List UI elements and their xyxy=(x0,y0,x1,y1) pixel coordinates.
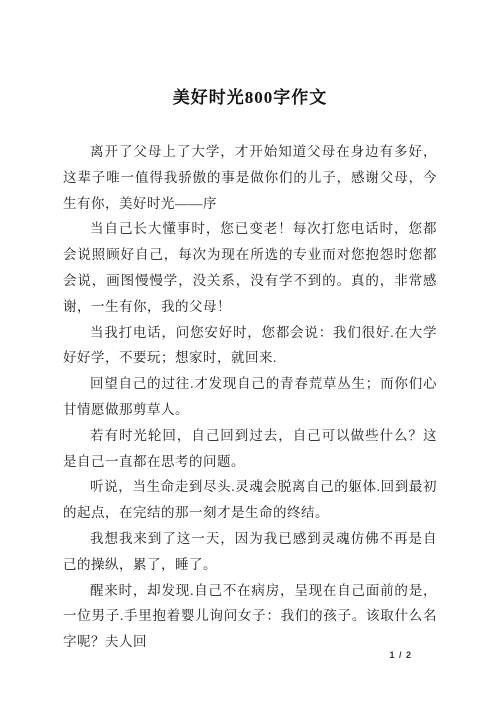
essay-title: 美好时光800字作文 xyxy=(0,83,500,108)
essay-paragraph: 听说，当生命走到尽头.灵魂会脱离自己的躯体.回到最初的起点，在完结的那一刻才是生… xyxy=(63,474,437,526)
essay-paragraph: 当我打电话，问您安好时，您都会说：我们很好.在大学好好学，不要玩；想家时，就回来… xyxy=(63,320,437,372)
page-number: 1 / 2 xyxy=(389,650,412,660)
essay-body: 离开了父母上了大学，才开始知道父母在身边有多好，这辈子唯一值得我骄傲的事是做你们… xyxy=(63,139,437,655)
essay-paragraph: 离开了父母上了大学，才开始知道父母在身边有多好，这辈子唯一值得我骄傲的事是做你们… xyxy=(63,139,437,216)
essay-paragraph: 当自己长大懂事时，您已变老！每次打您电话时，您都会说照顾好自己，每次为现在所选的… xyxy=(63,216,437,319)
essay-paragraph: 醒来时，却发现.自己不在病房，呈现在自己面前的是，一位男子.手里抱着婴儿询问女子… xyxy=(63,578,437,655)
essay-paragraph: 若有时光轮回，自己回到过去，自己可以做些什么？这是自己一直都在思考的问题。 xyxy=(63,423,437,475)
essay-paragraph: 我想我来到了这一天，因为我已感到灵魂仿佛不再是自己的操纵，累了，睡了。 xyxy=(63,526,437,578)
essay-paragraph: 回望自己的过往.才发现自己的青春荒草丛生；而你们心甘情愿做那剪草人。 xyxy=(63,371,437,423)
document-page: 美好时光800字作文 离开了父母上了大学，才开始知道父母在身边有多好，这辈子唯一… xyxy=(0,0,500,707)
